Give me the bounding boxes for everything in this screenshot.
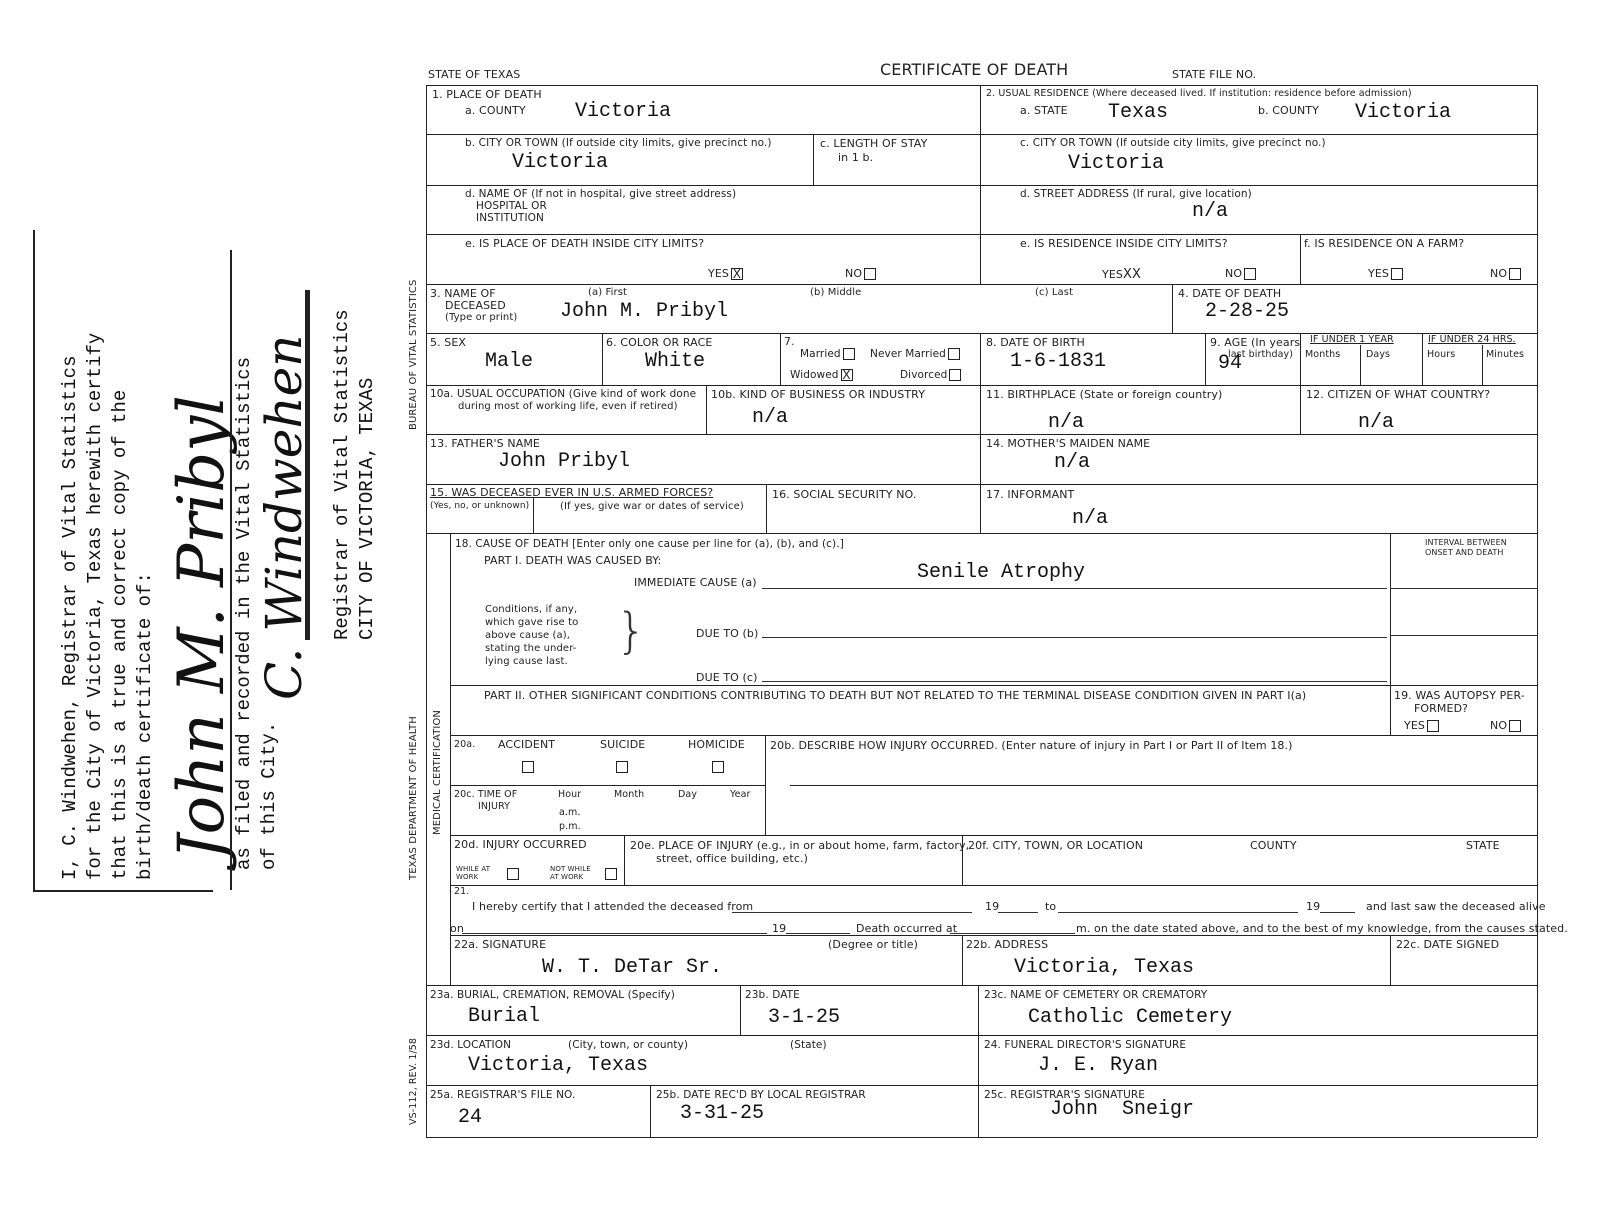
married-checkbox[interactable]: [843, 348, 855, 360]
conditions-line: which gave rise to: [485, 617, 578, 628]
death-inside-limits-yes[interactable]: YESX: [708, 267, 743, 280]
immediate-cause-label: IMMEDIATE CAUSE (a): [634, 576, 757, 589]
race-value[interactable]: White: [645, 350, 705, 373]
cemetery-value[interactable]: Catholic Cemetery: [1028, 1006, 1232, 1029]
interval-label: INTERVAL BETWEEN: [1425, 538, 1507, 547]
immediate-cause-value[interactable]: Senile Atrophy: [917, 561, 1085, 584]
pm-label: p.m.: [559, 821, 581, 832]
no-checkbox[interactable]: [1509, 720, 1521, 732]
date-of-death-label: 4. DATE OF DEATH: [1178, 287, 1281, 300]
middle-name-label: (b) Middle: [810, 287, 861, 298]
yes-checkbox[interactable]: [1427, 720, 1439, 732]
last-saw-date-line[interactable]: [462, 933, 767, 934]
last-name-label: (c) Last: [1035, 287, 1073, 298]
death-city-label: b. CITY OR TOWN (If outside city limits,…: [465, 137, 772, 149]
date-signed-label: 22c. DATE SIGNED: [1396, 938, 1499, 951]
due-to-c-line[interactable]: [762, 681, 1387, 682]
not-while-at-work-label: NOT WHILE AT WORK: [550, 865, 600, 881]
hospital-label: d. NAME OF (If not in hospital, give str…: [465, 188, 736, 200]
certify-19-b: 19: [1306, 900, 1320, 913]
no-checkbox[interactable]: [864, 268, 876, 280]
autopsy-label-2: FORMED?: [1414, 702, 1468, 715]
citizen-value[interactable]: n/a: [1358, 411, 1394, 434]
interval-label-2: ONSET AND DEATH: [1425, 548, 1503, 557]
registrar-file-value[interactable]: 24: [458, 1106, 482, 1129]
cemetery-label: 23c. NAME OF CEMETERY OR CREMATORY: [984, 989, 1207, 1001]
registrar-title-line: Registrar of Vital Statistics: [330, 309, 355, 640]
no-checkbox[interactable]: [1244, 268, 1256, 280]
certify-to: to: [1045, 900, 1056, 913]
race-label: 6. COLOR OR RACE: [606, 336, 712, 349]
hour-label: Hour: [558, 789, 581, 800]
business-value[interactable]: n/a: [752, 406, 788, 429]
date-received-value[interactable]: 3-31-25: [680, 1102, 764, 1125]
certify-text-2: m. on the date stated above, and to the …: [1076, 922, 1568, 935]
accident-label: ACCIDENT: [498, 738, 555, 751]
due-to-b-label: DUE TO (b): [696, 627, 758, 640]
state-label: STATE OF TEXAS: [428, 68, 520, 81]
attended-to-line[interactable]: [1058, 912, 1298, 913]
no-checkbox[interactable]: [1509, 268, 1521, 280]
homicide-checkbox[interactable]: [712, 761, 724, 773]
residence-inside-limits-label: e. IS RESIDENCE INSIDE CITY LIMITS?: [1020, 237, 1228, 250]
minutes-label: Minutes: [1486, 349, 1524, 360]
certify-19-c: 19: [772, 922, 786, 935]
burial-state-sub: (State): [790, 1039, 827, 1051]
autopsy-yes[interactable]: YES: [1404, 719, 1439, 732]
suicide-checkbox[interactable]: [616, 761, 628, 773]
burial-location-value[interactable]: Victoria, Texas: [468, 1054, 648, 1077]
year-label: Year: [730, 789, 751, 800]
attended-from-line[interactable]: [732, 912, 972, 913]
no-label: NO: [845, 267, 862, 280]
suicide-label: SUICIDE: [600, 738, 645, 751]
attended-from-year-line[interactable]: [998, 912, 1038, 913]
not-while-at-work-checkbox[interactable]: [605, 868, 617, 880]
burial-location-sub: (City, town, or county): [568, 1039, 688, 1051]
registrar-signature-value[interactable]: John Sneigr: [1050, 1098, 1194, 1121]
place-of-death-label: 1. PLACE OF DEATH: [432, 88, 542, 101]
widowed-option[interactable]: WidowedX: [790, 369, 853, 381]
length-of-stay-sub: in 1 b.: [838, 151, 873, 164]
injury-city-label: 20f. CITY, TOWN, OR LOCATION: [968, 839, 1143, 852]
marital-label: 7.: [784, 335, 795, 348]
registrar-signature-line: [305, 290, 310, 640]
time-of-injury-label: 20c. TIME OF: [454, 789, 517, 800]
medical-certification-side-label: MEDICAL CERTIFICATION: [432, 710, 443, 835]
birthplace-label: 11. BIRTHPLACE (State or foreign country…: [986, 388, 1222, 401]
occupation-label: 10a. USUAL OCCUPATION (Give kind of work…: [430, 388, 696, 400]
cause-of-death-label: 18. CAUSE OF DEATH [Enter only one cause…: [455, 538, 844, 550]
armed-forces-sub-2: (If yes, give war or dates of service): [560, 501, 744, 512]
place-of-injury-label: 20e. PLACE OF INJURY (e.g., in or about …: [630, 839, 969, 852]
autopsy-no[interactable]: NO: [1490, 719, 1521, 732]
name-label-2: DECEASED: [445, 299, 506, 312]
injury-occurred-label: 20d. INJURY OCCURRED: [454, 838, 587, 851]
name-label-3: (Type or print): [445, 312, 517, 323]
death-inside-limits-no[interactable]: NO: [845, 267, 876, 280]
business-label: 10b. KIND OF BUSINESS OR INDUSTRY: [711, 388, 925, 401]
yes-label: YES: [1404, 719, 1425, 732]
under-year-label: IF UNDER 1 YEAR: [1310, 334, 1394, 345]
stamp-line: for the City of Victoria, Texas herewith…: [83, 333, 108, 880]
day-label: Day: [678, 789, 697, 800]
brace-icon: }: [616, 603, 647, 659]
informant-label: 17. INFORMANT: [986, 488, 1074, 501]
no-label: NO: [1490, 719, 1507, 732]
due-to-c-label: DUE TO (c): [696, 671, 757, 684]
divorced-option[interactable]: Divorced: [900, 369, 961, 381]
certify-text-1: I hereby certify that I attended the dec…: [472, 900, 753, 913]
immediate-cause-line: [762, 588, 1387, 589]
married-option[interactable]: Married: [800, 348, 855, 360]
physician-signature-value[interactable]: W. T. DeTar Sr.: [542, 956, 722, 979]
yes-checkbox[interactable]: X: [731, 268, 743, 280]
deceased-name-value[interactable]: John M. Pribyl: [560, 300, 728, 323]
never-married-option[interactable]: Never Married: [870, 348, 960, 360]
interval-line-b: [1390, 635, 1537, 636]
homicide-label: HOMICIDE: [688, 738, 745, 751]
yes-mark[interactable]: XX: [1123, 267, 1141, 282]
armed-forces-sub-1: (Yes, no, or unknown): [430, 501, 529, 511]
yes-label: YES: [708, 267, 729, 280]
residence-state-label: a. STATE: [1020, 104, 1068, 117]
residence-inside-limits-no[interactable]: NO: [1225, 267, 1256, 280]
time-of-injury-label-2: INJURY: [478, 801, 510, 812]
length-of-stay-label: c. LENGTH OF STAY: [820, 137, 927, 150]
place-of-injury-label-2: street, office building, etc.): [656, 852, 808, 865]
physician-address-label: 22b. ADDRESS: [966, 938, 1048, 951]
divorced-label: Divorced: [900, 369, 947, 381]
burial-method-label: 23a. BURIAL, CREMATION, REMOVAL (Specify…: [430, 989, 675, 1001]
conditions-line: above cause (a),: [485, 630, 570, 641]
citizen-label: 12. CITIZEN OF WHAT COUNTRY?: [1306, 388, 1490, 401]
certificate-title: CERTIFICATE OF DEATH: [880, 60, 1068, 79]
hospital-label-2: HOSPITAL OR: [476, 200, 547, 212]
stamp-border-left: [33, 230, 35, 890]
age-value[interactable]: 94: [1218, 352, 1242, 375]
dob-label: 8. DATE OF BIRTH: [986, 336, 1085, 349]
hours-label: Hours: [1427, 349, 1455, 360]
injury-type-label: 20a.: [454, 739, 475, 750]
filed-line: as filed and recorded in the Vital Stati…: [232, 357, 257, 870]
residence-county-label: b. COUNTY: [1258, 104, 1319, 117]
occupation-label-2: during most of working life, even if ret…: [458, 401, 678, 412]
stamp-line: that this is a true and correct copy of …: [108, 333, 133, 880]
father-label: 13. FATHER'S NAME: [430, 437, 540, 450]
burial-method-value[interactable]: Burial: [468, 1005, 540, 1028]
residence-city-label: c. CITY OR TOWN (If outside city limits,…: [1020, 137, 1326, 149]
farm-no[interactable]: NO: [1490, 267, 1521, 280]
married-label: Married: [800, 348, 841, 360]
residence-county-value[interactable]: Victoria: [1355, 101, 1451, 124]
certification-number: 21.: [454, 886, 469, 897]
street-address-value[interactable]: n/a: [1192, 200, 1228, 223]
first-name-label: (a) First: [588, 287, 627, 298]
conditions-line: stating the under-: [485, 643, 576, 654]
stamp-line: birth/death certificate of:: [133, 333, 158, 880]
residence-city-value[interactable]: Victoria: [1068, 152, 1164, 175]
degree-label: (Degree or title): [828, 938, 918, 951]
widowed-label: Widowed: [790, 369, 839, 381]
burial-date-value[interactable]: 3-1-25: [768, 1006, 840, 1029]
never-married-label: Never Married: [870, 348, 946, 360]
conditions-line: lying cause last.: [485, 656, 568, 667]
accident-checkbox[interactable]: [522, 761, 534, 773]
armed-forces-label: 15. WAS DECEASED EVER IN U.S. ARMED FORC…: [430, 486, 713, 499]
never-married-checkbox[interactable]: [948, 348, 960, 360]
months-label: Months: [1305, 349, 1340, 360]
form-number-side-label: VS-112, REV. 1/58: [408, 1038, 419, 1125]
month-label: Month: [614, 789, 644, 800]
dob-value[interactable]: 1-6-1831: [1010, 350, 1106, 373]
certify-last-saw: and last saw the deceased alive: [1366, 900, 1546, 913]
father-value[interactable]: John Pribyl: [498, 450, 630, 473]
conditions-line: Conditions, if any,: [485, 604, 577, 615]
informant-value[interactable]: n/a: [1072, 507, 1108, 530]
registrar-title-line: CITY OF VICTORIA, TEXAS: [355, 309, 380, 640]
stamp-border-bottom: [33, 890, 213, 892]
funeral-director-label: 24. FUNERAL DIRECTOR'S SIGNATURE: [984, 1039, 1186, 1051]
ssn-label: 16. SOCIAL SECURITY NO.: [772, 488, 916, 501]
age-label: 9. AGE (In years: [1210, 336, 1300, 349]
due-to-b-line[interactable]: [762, 637, 1387, 638]
date-received-label: 25b. DATE REC'D BY LOCAL REGISTRAR: [656, 1089, 866, 1101]
while-at-work-label: WHILE AT WORK: [456, 865, 498, 881]
interval-line-a: [1390, 588, 1537, 589]
injury-county-label: COUNTY: [1250, 839, 1297, 852]
last-saw-year-line[interactable]: [786, 933, 850, 934]
yes-label: YES: [1368, 267, 1389, 280]
birthplace-value[interactable]: n/a: [1048, 411, 1084, 434]
deceased-handwritten-signature: John M. Pribyl: [165, 395, 239, 860]
death-city-value[interactable]: Victoria: [512, 151, 608, 174]
bureau-side-label: BUREAU OF VITAL STATISTICS: [408, 280, 419, 430]
death-inside-limits-label: e. IS PLACE OF DEATH INSIDE CITY LIMITS?: [465, 237, 704, 250]
physician-address-value[interactable]: Victoria, Texas: [1014, 956, 1194, 979]
stamp-text-block: I, C. Windwehen, Registrar of Vital Stat…: [58, 333, 158, 880]
funeral-director-value[interactable]: J. E. Ryan: [1038, 1054, 1158, 1077]
no-label: NO: [1225, 267, 1242, 280]
death-county-label: a. COUNTY: [465, 104, 526, 117]
under-24-label: IF UNDER 24 HRS.: [1428, 334, 1516, 345]
days-label: Days: [1366, 349, 1390, 360]
sex-value[interactable]: Male: [485, 350, 533, 373]
autopsy-label: 19. WAS AUTOPSY PER-: [1394, 689, 1525, 702]
state-file-no-label: STATE FILE NO.: [1172, 68, 1256, 81]
date-of-death-value[interactable]: 2-28-25: [1205, 300, 1289, 323]
divorced-checkbox[interactable]: [949, 369, 961, 381]
yes-checkbox[interactable]: [1391, 268, 1403, 280]
residence-inside-limits-yes[interactable]: YESXX: [1102, 267, 1141, 282]
part-1-label: PART I. DEATH WAS CAUSED BY:: [484, 554, 661, 567]
yes-label: YES: [1102, 268, 1123, 281]
stamp-line: I, C. Windwehen, Registrar of Vital Stat…: [58, 333, 83, 880]
farm-label: f. IS RESIDENCE ON A FARM?: [1304, 237, 1464, 250]
signature-label: 22a. SIGNATURE: [454, 938, 546, 951]
mother-value[interactable]: n/a: [1054, 451, 1090, 474]
death-time-line[interactable]: [950, 933, 1075, 934]
no-label: NO: [1490, 267, 1507, 280]
farm-yes[interactable]: YES: [1368, 267, 1403, 280]
while-at-work-checkbox[interactable]: [507, 868, 519, 880]
burial-date-label: 23b. DATE: [745, 989, 800, 1001]
hospital-label-3: INSTITUTION: [476, 212, 544, 224]
street-address-label: d. STREET ADDRESS (If rural, give locati…: [1020, 188, 1252, 200]
death-occurred-at: Death occurred at: [856, 922, 957, 935]
usual-residence-label: 2. USUAL RESIDENCE (Where deceased lived…: [986, 88, 1412, 99]
residence-state-value[interactable]: Texas: [1108, 101, 1168, 124]
mother-label: 14. MOTHER'S MAIDEN NAME: [986, 437, 1150, 450]
widowed-checkbox[interactable]: X: [841, 369, 853, 381]
death-county-value[interactable]: Victoria: [575, 100, 671, 123]
burial-location-label: 23d. LOCATION: [430, 1039, 511, 1051]
department-side-label: TEXAS DEPARTMENT OF HEALTH: [408, 716, 419, 880]
registrar-file-label: 25a. REGISTRAR'S FILE NO.: [430, 1089, 575, 1101]
sex-label: 5. SEX: [430, 336, 466, 349]
registrar-title-block: Registrar of Vital Statistics CITY OF VI…: [330, 309, 380, 640]
injury-state-label: STATE: [1466, 839, 1500, 852]
part-2-label: PART II. OTHER SIGNIFICANT CONDITIONS CO…: [484, 689, 1306, 702]
describe-injury-label: 20b. DESCRIBE HOW INJURY OCCURRED. (Ente…: [770, 739, 1293, 752]
attended-to-year-line[interactable]: [1320, 912, 1355, 913]
am-label: a.m.: [559, 807, 581, 818]
